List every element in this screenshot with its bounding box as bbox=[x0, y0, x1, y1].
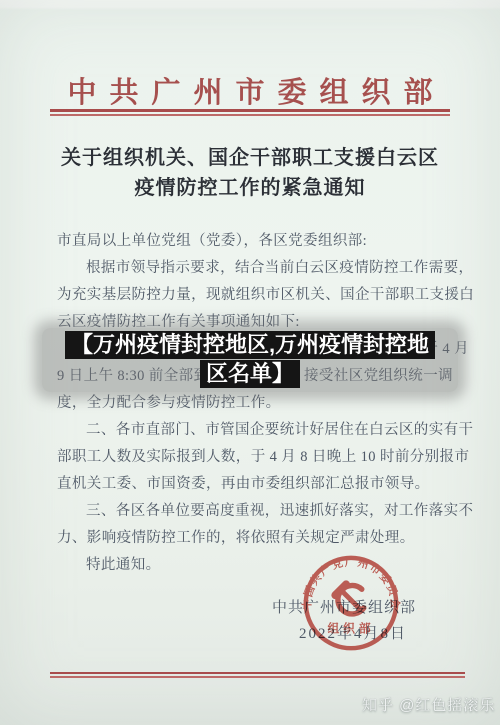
letterhead-rule bbox=[50, 109, 450, 116]
body-line: 三、各区各单位要高度重视，迅速抓好落实，对工作落实不 bbox=[57, 498, 453, 525]
official-seal-icon: 中国共产党广州市委员会 组织部 bbox=[297, 550, 405, 658]
overlay-caption-line1: 【万州疫情封控地区,万州疫情封控地 bbox=[0, 330, 500, 359]
hammer-sickle-icon bbox=[335, 584, 363, 614]
issuer-header-text: 中共广州市委组织部 bbox=[67, 77, 445, 109]
document-photo: 中共广州市委组织部 关于组织机关、国企干部职工支援白云区 疫情防控工作的紧急通知… bbox=[0, 0, 500, 725]
notice-title: 关于组织机关、国企干部职工支援白云区 疫情防控工作的紧急通知 bbox=[0, 143, 500, 203]
body-line: 度，全力配合参与疫情防控工作。 bbox=[57, 390, 453, 417]
body-line: 力、影响疫情防控工作的，将依照有关规定严肃处理。 bbox=[57, 525, 453, 552]
body-line: 为充实基层防控力量，现就组织市区机关、国企干部职工支援白 bbox=[57, 282, 453, 309]
footer-rule bbox=[50, 672, 465, 678]
zhihu-watermark: 知乎 @红色摇滚乐 bbox=[362, 694, 495, 715]
notice-title-line1: 关于组织机关、国企干部职工支援白云区 bbox=[0, 143, 500, 173]
overlay-caption-line2: 区名单】 bbox=[0, 359, 500, 388]
body-line: 部职工人数及实际报到人数，于 4 月 8 日晚上 10 时前分别报市 bbox=[57, 444, 453, 471]
overlay-caption: 【万州疫情封控地区,万州疫情封控地 区名单】 bbox=[0, 330, 500, 388]
body-line: 根据市领导指示要求，结合当前白云区疫情防控工作需要， bbox=[57, 255, 453, 282]
overlay-caption-text1: 【万州疫情封控地区,万州疫情封控地 bbox=[65, 331, 435, 359]
overlay-caption-text2: 区名单】 bbox=[200, 360, 300, 388]
body-line: 二、各市直部门、市管国企要统计好居住在白云区的实有干 bbox=[57, 417, 453, 444]
seal-bottom-text: 组织部 bbox=[327, 621, 374, 635]
salutation-line: 市直局以上单位党组（党委），各区党委组织部: bbox=[57, 228, 453, 255]
body-line: 直机关工委、市国资委，再由市委组织部汇总报市领导。 bbox=[57, 471, 453, 498]
issuer-header: 中共广州市委组织部 bbox=[0, 70, 500, 111]
notice-title-line2: 疫情防控工作的紧急通知 bbox=[0, 173, 500, 203]
notice-body: 市直局以上单位党组（党委），各区党委组织部: 根据市领导指示要求，结合当前白云区… bbox=[57, 228, 453, 579]
